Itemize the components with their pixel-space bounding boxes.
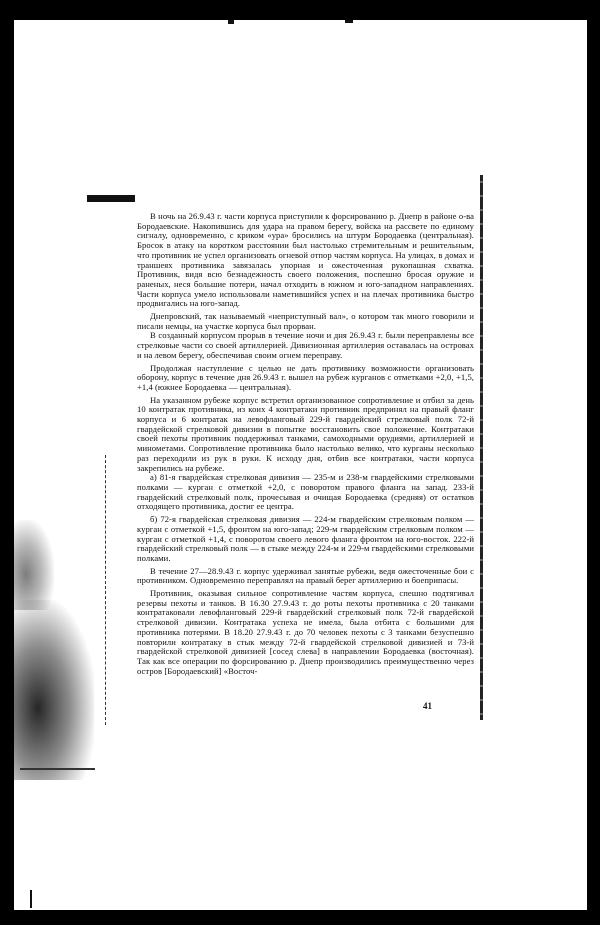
paragraph: а) 81-я гвардейская стрелковая дивизия —… [137,473,474,512]
scan-artifact-edge-right [480,175,483,720]
page-number: 41 [423,701,432,711]
paragraph: б) 72-я гвардейская стрелковая дивизия —… [137,515,474,564]
scan-artifact-speck [345,20,353,23]
paragraph: В течение 27—28.9.43 г. корпус удерживал… [137,567,474,586]
paragraph: В ночь на 26.9.43 г. части корпуса прист… [137,212,474,309]
paragraph: Днепровский, так называемый «неприступны… [137,312,474,331]
scan-artifact-edge-left [105,455,107,725]
document-body: В ночь на 26.9.43 г. части корпуса прист… [137,212,474,676]
paragraph: Продолжая наступление с целью не дать пр… [137,364,474,393]
scan-artifact-speck [228,20,234,24]
paragraph: В созданный корпусом прорыв в течение но… [137,331,474,360]
scan-artifact-stain [14,600,94,780]
paragraph: На указанном рубеже корпус встретил орга… [137,396,474,474]
scan-artifact-edge-bottom [20,768,95,770]
scan-artifact-speck [30,890,32,908]
scan-artifact-stain [14,520,54,610]
paragraph: Противник, оказывая сильное сопротивлени… [137,589,474,676]
scan-artifact-bar [87,195,135,202]
